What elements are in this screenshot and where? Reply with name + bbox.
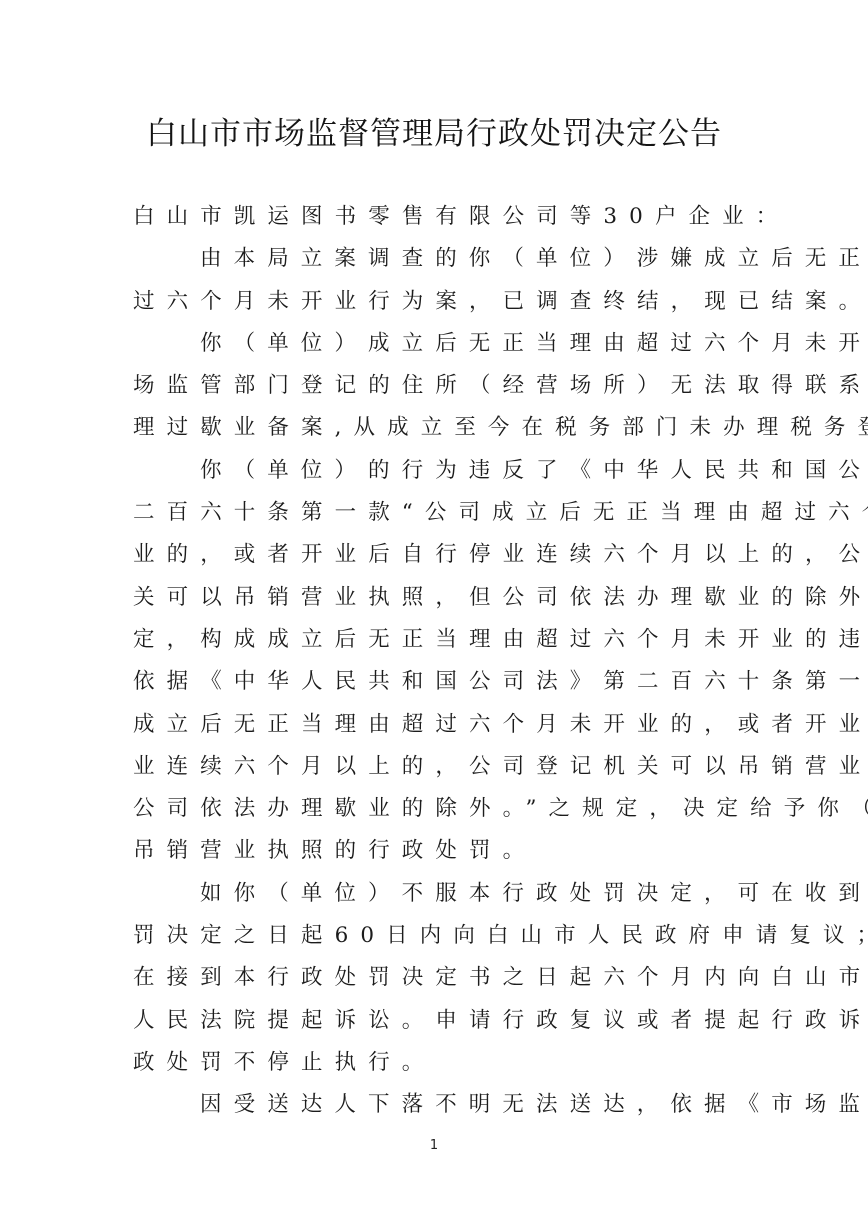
text-line: 业连续六个月以上的，公司登记机关可以吊销营业执照，但: [133, 746, 743, 788]
text-line: 场监管部门登记的住所（经营场所）无法取得联系，也未办: [133, 365, 743, 407]
document-page: 白山市市场监督管理局行政处罚决定公告 白山市凯运图书零售有限公司等30户企业： …: [0, 0, 868, 1228]
text-line: 理过歇业备案,从成立至今在税务部门未办理税务登记。: [133, 407, 743, 449]
text-line: 依据《中华人民共和国公司法》第二百六十条第一款“公司: [133, 661, 743, 703]
paragraph-lines: 由本局立案调查的你（单位）涉嫌成立后无正当理由超过六个月未开业行为案，已调查终结…: [133, 238, 743, 1126]
text-line: 业的，或者开业后自行停业连续六个月以上的，公司登记机: [133, 534, 743, 576]
text-line: 因受送达人下落不明无法送达，依据《市场监督管理行: [133, 1084, 743, 1126]
document-body: 白山市凯运图书零售有限公司等30户企业： 由本局立案调查的你（单位）涉嫌成立后无…: [133, 196, 743, 1127]
text-line: 罚决定之日起60日内向白山市人民政府申请复议；也可以: [133, 915, 743, 957]
text-line: 如你（单位）不服本行政处罚决定，可在收到本行政处: [133, 873, 743, 915]
text-line: 二百六十条第一款“公司成立后无正当理由超过六个月未开: [133, 492, 743, 534]
text-line: 在接到本行政处罚决定书之日起六个月内向白山市浑江区: [133, 957, 743, 999]
text-line: 由本局立案调查的你（单位）涉嫌成立后无正当理由超: [133, 238, 743, 280]
addressee-line: 白山市凯运图书零售有限公司等30户企业：: [133, 196, 743, 238]
text-line: 定，构成成立后无正当理由超过六个月未开业的违法行为。: [133, 619, 743, 661]
text-line: 政处罚不停止执行。: [133, 1042, 743, 1084]
text-line: 吊销营业执照的行政处罚。: [133, 830, 743, 872]
document-title: 白山市市场监督管理局行政处罚决定公告: [0, 112, 868, 156]
text-line: 公司依法办理歇业的除外。”之规定，决定给予你（单位）: [133, 788, 743, 830]
text-line: 关可以吊销营业执照，但公司依法办理歇业的除外。”之规: [133, 577, 743, 619]
text-line: 过六个月未开业行为案，已调查终结，现已结案。: [133, 281, 743, 323]
text-line: 你（单位）的行为违反了《中华人民共和国公司法》第: [133, 450, 743, 492]
text-line: 你（单位）成立后无正当理由超过六个月未开业，在市: [133, 323, 743, 365]
text-line: 成立后无正当理由超过六个月未开业的，或者开业后自行停: [133, 704, 743, 746]
text-line: 人民法院提起诉讼。申请行政复议或者提起行政诉讼的，行: [133, 1000, 743, 1042]
page-number: 1: [0, 1138, 868, 1153]
